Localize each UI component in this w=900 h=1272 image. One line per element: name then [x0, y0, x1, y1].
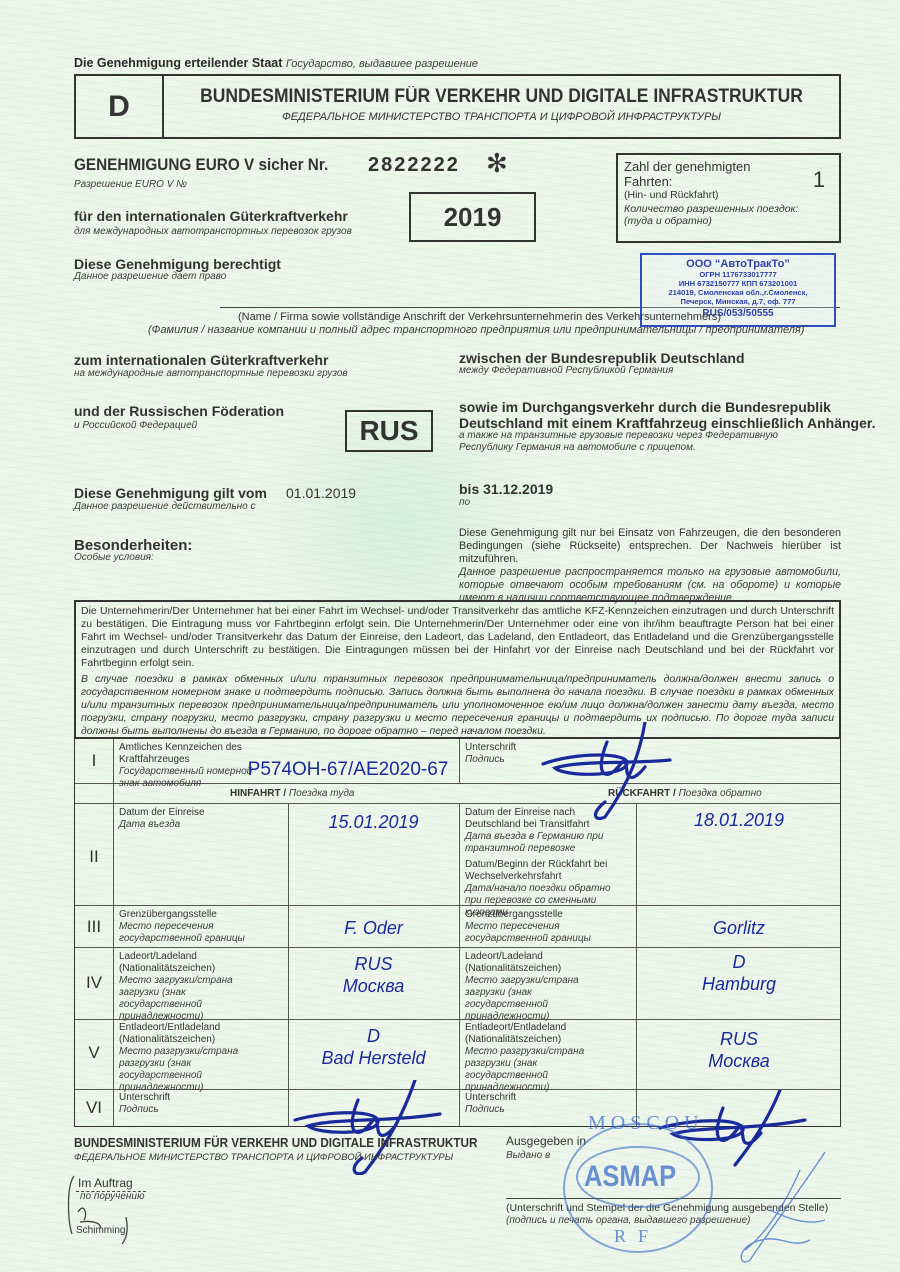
valid-to-label-ru: по — [459, 497, 470, 508]
country-code: D — [76, 76, 164, 137]
plate-value[interactable]: P574OH-67/AE2020-67 — [233, 759, 463, 781]
route-between: zwischen der Bundesrepublik Deutschland — [459, 350, 745, 366]
return-unloading-place: Москва — [636, 1050, 842, 1072]
unloading-label-return-de: Entladeort/Entladeland (Nationalitätszei… — [465, 1022, 615, 1046]
valid-from-date: 01.01.2019 — [286, 485, 356, 501]
entry-date-label-ru: Дата въезда — [119, 819, 205, 831]
route-russia: und der Russischen Föderation — [74, 403, 284, 419]
table-divider — [113, 739, 114, 1127]
route-intl: zum internationalen Güterkraftverkehr — [74, 352, 328, 368]
entry-date-label-de: Datum der Einreise — [119, 807, 205, 819]
border-label-ru: Место пересечения государственной границ… — [119, 921, 269, 945]
row-number: VI — [75, 1098, 113, 1118]
official-name: Schimming — [76, 1225, 125, 1236]
row-number: II — [75, 847, 113, 867]
name-caption-ru: (Фамилия / название компании и полный ад… — [148, 324, 804, 336]
row-number: V — [75, 1043, 113, 1063]
ministry-name: BUNDESMINISTERIUM FÜR VERKEHR UND DIGITA… — [191, 86, 812, 108]
signature-label-return: Unterschrift Подпись — [465, 1092, 516, 1116]
loading-label: Ladeort/Ladeland (Nationalitätszeichen) … — [119, 951, 269, 1023]
table-divider — [459, 803, 460, 1127]
outbound-unloading-country: D — [288, 1025, 459, 1047]
footer-ministry: BUNDESMINISTERIUM FÜR VERKEHR UND DIGITA… — [74, 1135, 477, 1150]
notice-box: Die Unternehmerin/Der Unternehmer hat be… — [74, 600, 841, 739]
trips-label-2: Fahrten: — [624, 174, 833, 189]
outbound-border[interactable]: F. Oder — [288, 917, 459, 939]
star-mark-icon: ✻ — [486, 148, 508, 179]
table-rule — [75, 947, 840, 948]
unloading-label: Entladeort/Entladeland (Nationalitätszei… — [119, 1022, 269, 1094]
return-start-label-de: Datum/Beginn der Rückfahrt bei Wechselve… — [465, 859, 625, 883]
signature-label-outbound: Unterschrift Подпись — [119, 1092, 170, 1116]
border-label-de: Grenzübergangsstelle — [119, 909, 269, 921]
outbound-loading[interactable]: RUS Москва — [288, 953, 459, 997]
notice-text-ru: В случае поездки в рамках обменных и/или… — [81, 673, 834, 738]
issuing-state-de: Die Genehmigung erteilender Staat — [74, 56, 282, 70]
issued-in-label: Ausgegeben in — [506, 1134, 586, 1148]
table-rule — [75, 905, 840, 906]
return-loading-country: D — [636, 951, 842, 973]
permit-scope-ru: для международных автотранспортных перев… — [74, 226, 352, 237]
country-plate-rus: RUS — [345, 410, 433, 452]
ministry-box: D BUNDESMINISTERIUM FÜR VERKEHR UND DIGI… — [74, 74, 841, 139]
loading-label-return-de: Ladeort/Ladeland (Nationalitätszeichen) — [465, 951, 615, 975]
row-number: III — [75, 917, 113, 937]
return-unloading-country: RUS — [636, 1028, 842, 1050]
return-loading[interactable]: D Hamburg — [636, 951, 842, 995]
signature-label-de: Unterschrift — [465, 742, 516, 754]
trips-label-ru-sub: (туда и обратно) — [624, 215, 833, 227]
trips-label-1: Zahl der genehmigten — [624, 159, 833, 174]
table-rule — [75, 803, 840, 804]
issuer-signature-icon — [730, 1150, 840, 1270]
trips-label-ru: Количество разрешенных поездок: — [624, 203, 833, 215]
company-address-1: 214019, Смоленская обл.,г.Смоленск, — [642, 288, 834, 297]
entry-return-label-ru: Дата въезда в Германию при транзитной пе… — [465, 831, 625, 855]
return-unloading[interactable]: RUS Москва — [636, 1028, 842, 1072]
stamp-bottom-text: RF — [614, 1226, 660, 1247]
outbound-header: HINFAHRT / Поездка туда — [230, 788, 354, 800]
signature-icon — [535, 722, 715, 822]
issuing-state-ru: Государство, выдавшее разрешение — [286, 58, 478, 70]
trips-box: Zahl der genehmigten Fahrten: (Hin- und … — [616, 153, 841, 243]
signature-label-outbound-ru: Подпись — [119, 1104, 170, 1116]
loading-label-return: Ladeort/Ladeland (Nationalitätszeichen) … — [465, 951, 615, 1023]
signature-label-return-ru: Подпись — [465, 1104, 516, 1116]
company-inn: ИНН 6732150777 КПП 673201001 — [642, 279, 834, 288]
loading-label-return-ru: Место загрузки/страна загрузки (знак гос… — [465, 975, 615, 1023]
outbound-header-de: HINFAHRT / — [230, 788, 286, 799]
signature-label: Unterschrift Подпись — [465, 742, 516, 766]
outbound-unloading[interactable]: D Bad Hersteld — [288, 1025, 459, 1069]
company-ogrn: ОГРН 1176733017777 — [642, 270, 834, 279]
permit-year: 2019 — [409, 192, 536, 242]
footer-ministry-ru: ФЕДЕРАЛЬНОЕ МИНИСТЕРСТВО ТРАНСПОРТА И ЦИ… — [74, 1152, 453, 1163]
border-label-return-ru: Место пересечения государственной границ… — [465, 921, 615, 945]
stamp-top-text: MOSCOU — [588, 1112, 704, 1135]
company-name: ООО “АвтоТракТо” — [642, 258, 834, 270]
border-label: Grenzübergangsstelle Место пересечения г… — [119, 909, 269, 945]
outbound-loading-country: RUS — [288, 953, 459, 975]
stamp-center-text: ASMAP — [584, 1160, 676, 1194]
route-transit-ru: а также на транзитные грузовые перевозки… — [459, 430, 778, 454]
unloading-label-return: Entladeort/Entladeland (Nationalitätszei… — [465, 1022, 615, 1094]
outbound-entry-date[interactable]: 15.01.2019 — [288, 811, 459, 833]
entry-date-label: Datum der Einreise Дата въезда — [119, 807, 205, 831]
loading-label-ru: Место загрузки/страна загрузки (знак гос… — [119, 975, 269, 1023]
notice-text-de: Die Unternehmerin/Der Unternehmer hat be… — [81, 605, 834, 670]
outbound-unloading-place: Bad Hersteld — [288, 1047, 459, 1069]
route-transit-ru-2: Республику Германия на автомобиле с приц… — [459, 442, 778, 454]
unloading-label-ru: Место разгрузки/страна разгрузки (знак г… — [119, 1046, 269, 1094]
return-border[interactable]: Gorlitz — [636, 917, 842, 939]
special-conditions-label-ru: Особые условия: — [74, 552, 154, 563]
valid-to-date: bis 31.12.2019 — [459, 481, 553, 497]
trips-label-sub: (Hin- und Rückfahrt) — [624, 189, 833, 201]
permit-title: GENEHMIGUNG EURO V sicher Nr. — [74, 155, 328, 175]
name-caption: (Name / Firma sowie vollständige Anschri… — [238, 311, 721, 323]
trip-table: I II III IV V VI Amtliches Kennzeichen d… — [74, 739, 841, 1127]
loading-label-de: Ladeort/Ladeland (Nationalitätszeichen) — [119, 951, 269, 975]
route-transit: sowie im Durchgangsverkehr durch die Bun… — [459, 399, 875, 431]
route-intl-ru: на международные автотранспортные перево… — [74, 368, 348, 379]
issuing-state-label: Die Genehmigung erteilender Staat Госуда… — [74, 56, 478, 70]
authorizes-label: Diese Genehmigung berechtigt — [74, 256, 281, 272]
entry-return-label: Datum der Einreise nach Deutschland bei … — [465, 807, 625, 919]
row-number: I — [75, 751, 113, 771]
special-text-de: Diese Genehmigung gilt nur bei Einsatz v… — [459, 527, 841, 566]
permit-title-ru: Разрешение EURO V № — [74, 179, 187, 190]
unloading-label-de: Entladeort/Entladeland (Nationalitätszei… — [119, 1022, 269, 1046]
route-transit-ru-1: а также на транзитные грузовые перевозки… — [459, 430, 778, 442]
outbound-header-ru: Поездка туда — [289, 788, 355, 799]
permit-scope: für den internationalen Güterkraftverkeh… — [74, 208, 348, 224]
return-loading-place: Hamburg — [636, 973, 842, 995]
signature-label-return-de: Unterschrift — [465, 1092, 516, 1104]
route-russia-ru: и Российской Федерацией — [74, 420, 197, 431]
trips-count: 1 — [813, 169, 825, 191]
permit-number: 2822222 — [368, 154, 460, 177]
ministry-name-ru: ФЕДЕРАЛЬНОЕ МИНИСТЕРСТВО ТРАНСПОРТА И ЦИ… — [164, 111, 839, 123]
authorizes-label-ru: Данное разрешение дает право — [74, 271, 226, 282]
border-label-return-de: Grenzübergangsstelle — [465, 909, 615, 921]
outbound-loading-place: Москва — [288, 975, 459, 997]
signature-label-outbound-de: Unterschrift — [119, 1092, 170, 1104]
signature-label-ru: Подпись — [465, 754, 516, 766]
special-conditions-text: Diese Genehmigung gilt nur bei Einsatz v… — [459, 527, 841, 605]
valid-from-label: Diese Genehmigung gilt vom — [74, 485, 267, 501]
border-label-return: Grenzübergangsstelle Место пересечения г… — [465, 909, 615, 945]
unloading-label-return-ru: Место разгрузки/страна разгрузки (знак г… — [465, 1046, 615, 1094]
route-between-ru: между Федеративной Республикой Германия — [459, 365, 673, 376]
route-transit-2: Deutschland mit einem Kraftfahrzeug eins… — [459, 415, 875, 431]
issued-in-label-ru: Выдано в — [506, 1150, 550, 1161]
route-transit-1: sowie im Durchgangsverkehr durch die Bun… — [459, 399, 875, 415]
valid-from-label-ru: Данное разрешение действительно с — [74, 501, 256, 512]
company-address-2: Печерск, Минская, д.7, оф. 777 — [642, 297, 834, 306]
row-number: IV — [75, 973, 113, 993]
